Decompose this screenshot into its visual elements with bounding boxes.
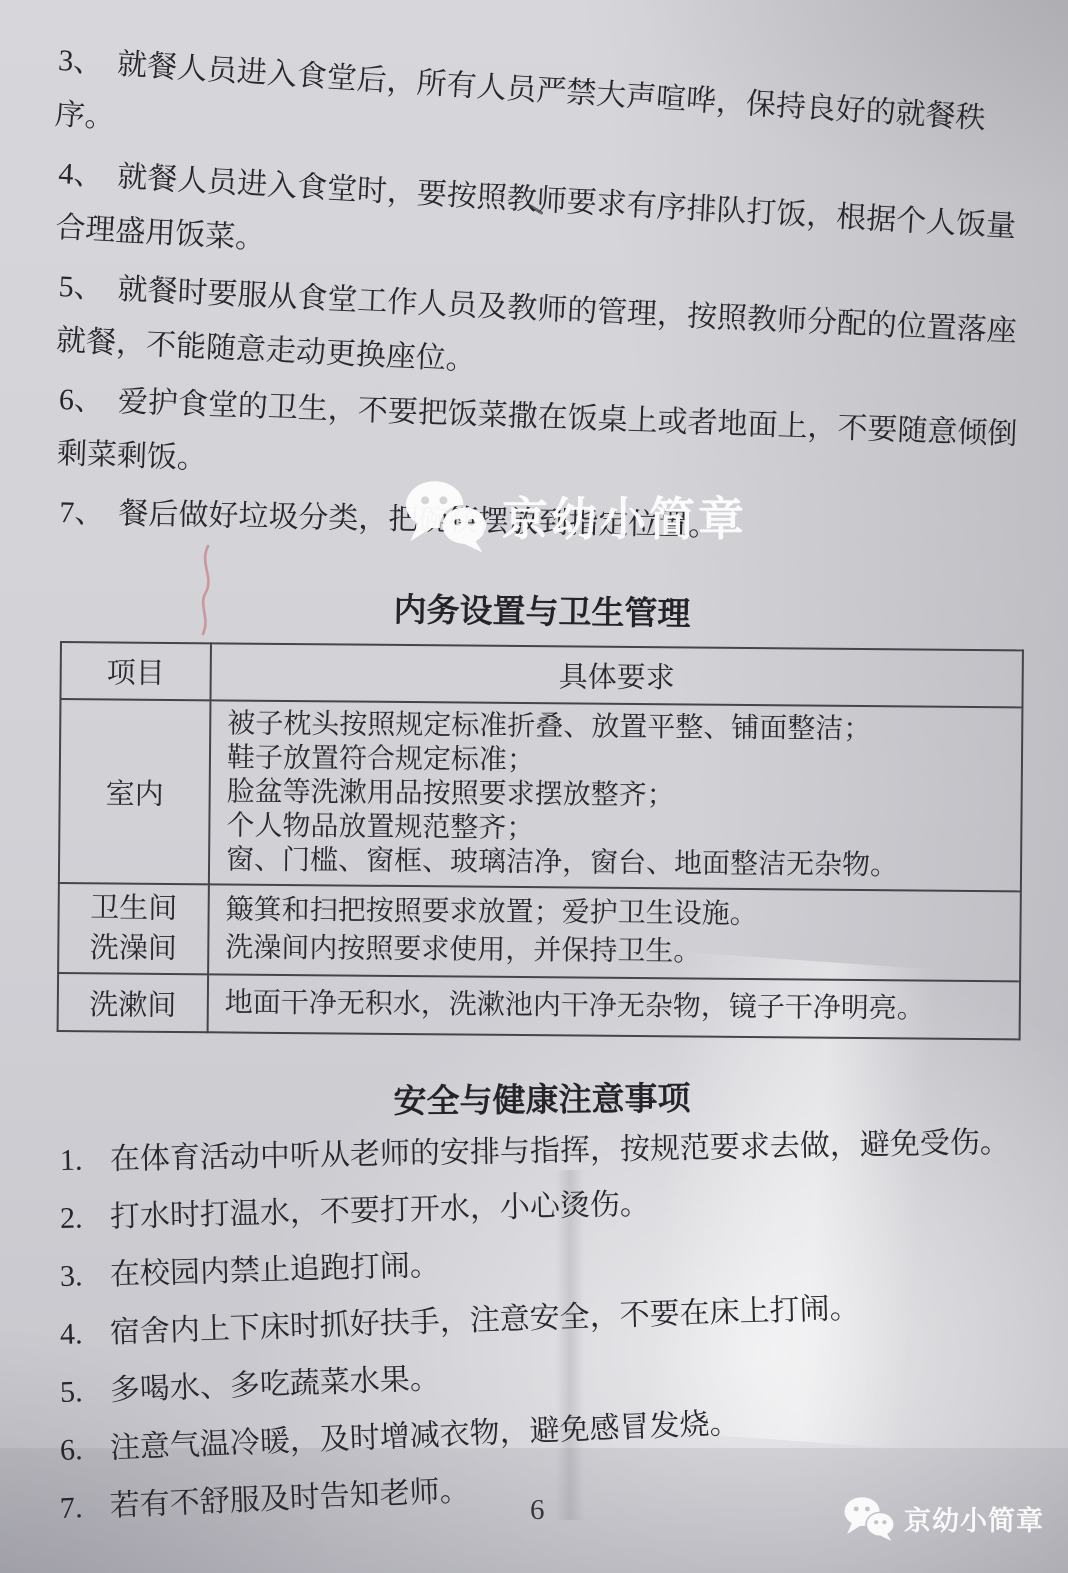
requirement-line: 洗澡间内按照要求使用，并保持卫生。 (225, 929, 1013, 974)
safety-item: 3.在校园内禁止追跑打闹。 (59, 1228, 1024, 1297)
table-header-row: 项目 具体要求 (60, 642, 1022, 707)
document-body: 3、就餐人员进入食堂后，所有人员严禁大声喧哗，保持良好的就餐秩序。 4、就餐人员… (60, 34, 1024, 1547)
item-text: 若有不舒服及时告知老师。 (109, 1471, 470, 1527)
item-number: 4. (59, 1313, 110, 1355)
watermark-label: 京幼小简章 (904, 1499, 1044, 1538)
row-requirements: 被子枕头按照规定标准折叠、放置平整、铺面整洁； 鞋子放置符合规定标准； 脸盆等洗… (209, 700, 1023, 891)
rule-number: 5、 (58, 270, 105, 305)
item-number: 2. (60, 1198, 111, 1239)
rule-number: 3、 (57, 44, 104, 80)
rule-number: 4、 (58, 157, 105, 192)
safety-section-title: 安全与健康注意事项 (60, 1069, 1024, 1126)
row-item-label: 卫生间 洗澡间 (58, 883, 209, 974)
item-number: 6. (59, 1429, 111, 1471)
table-row: 洗漱间 地面干净无积水，洗漱池内干净无杂物，镜子干净明亮。 (58, 973, 1020, 1039)
rule-number: 7、 (59, 496, 105, 530)
rule-text: 就餐人员进入食堂后，所有人员严禁大声喧哗，保持良好的就餐秩序。 (54, 48, 987, 136)
row-item-label: 室内 (59, 699, 211, 884)
item-number: 7. (59, 1487, 111, 1529)
row-requirements: 簸箕和扫把按照要求放置；爱护卫生设施。 洗澡间内按照要求使用，并保持卫生。 (208, 884, 1021, 981)
wechat-icon (402, 476, 490, 556)
item-number: 5. (59, 1371, 110, 1413)
requirement-line: 窗、门槛、窗框、玻璃洁净，窗台、地面整洁无杂物。 (226, 843, 1014, 884)
item-number: 1. (60, 1140, 111, 1181)
watermark-center: 京幼小简章 (402, 476, 747, 556)
page-number: 6 (530, 1494, 545, 1527)
column-header-requirements: 具体要求 (210, 643, 1022, 707)
row-item-label: 洗漱间 (58, 973, 209, 1032)
row-requirements: 地面干净无积水，洗漱池内干净无杂物，镜子干净明亮。 (208, 974, 1020, 1039)
table-row: 室内 被子枕头按照规定标准折叠、放置平整、铺面整洁； 鞋子放置符合规定标准； 脸… (59, 699, 1023, 891)
housekeeping-section-title: 内务设置与卫生管理 (60, 579, 1025, 639)
table-row: 卫生间 洗澡间 簸箕和扫把按照要求放置；爱护卫生设施。 洗澡间内按照要求使用，并… (58, 883, 1021, 981)
watermark-footer: 京幼小简章 (842, 1494, 1044, 1543)
safety-item: 2.打水时打温水，不要打开水，小心烫伤。 (60, 1175, 1025, 1239)
safety-list: 1.在体育活动中听从老师的安排与指挥，按规范要求去做，避免受伤。 2.打水时打温… (60, 1141, 1024, 1529)
housekeeping-table: 项目 具体要求 室内 被子枕头按照规定标准折叠、放置平整、铺面整洁； 鞋子放置符… (57, 641, 1024, 1040)
photographed-document-page: { "watermark": { "label": "京幼小简章" }, "fo… (0, 0, 1068, 1573)
item-text: 在校园内禁止追跑打闹。 (109, 1246, 440, 1296)
item-line: 卫生间 (60, 888, 206, 929)
item-text: 宿舍内上下床时抓好扶手，注意安全，不要在床上打闹。 (109, 1288, 860, 1353)
item-text: 打水时打温水，不要打开水，小心烫伤。 (109, 1185, 650, 1238)
column-header-item: 项目 (60, 642, 210, 700)
item-text: 注意气温冷暖，及时增减衣物，避免感冒发烧。 (109, 1404, 740, 1469)
item-text: 在体育活动中听从老师的安排与指挥，按规范要求去做，避免受伤。 (110, 1123, 1011, 1180)
item-number: 3. (59, 1256, 110, 1297)
item-line: 洗澡间 (60, 928, 206, 969)
rule-number: 6、 (58, 383, 104, 418)
requirement-line: 地面干净无积水，洗漱池内干净无杂物，镜子干净明亮。 (225, 981, 1013, 1032)
wechat-icon (842, 1494, 896, 1543)
safety-item: 1.在体育活动中听从老师的安排与指挥，按规范要求去做，避免受伤。 (60, 1122, 1025, 1180)
item-text: 多喝水、多吃蔬菜水果。 (109, 1359, 440, 1411)
watermark-label: 京幼小简章 (502, 483, 747, 549)
